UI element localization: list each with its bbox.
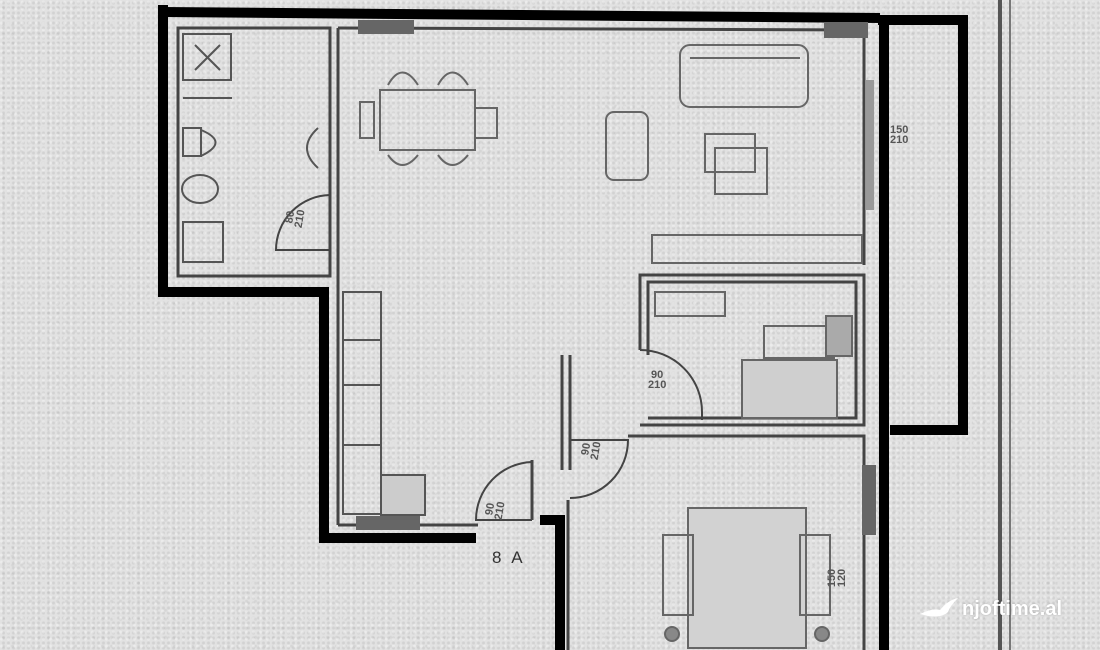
door-swings [276,195,702,520]
living-furniture [360,45,862,263]
building-edge [1000,0,1010,650]
watermark-text: njoftime.al [962,598,1062,621]
windows [356,20,876,535]
bathroom-door-label: 80 210 [284,207,307,229]
unit-label: 8 A [492,548,526,568]
bedroom-window-label: 150 120 [827,569,847,587]
entrance-door-label: 90 210 [484,499,507,521]
balcony-window-label: 150 210 [890,125,908,145]
bedroom-furniture [663,508,830,648]
watermark: njoftime.al [918,596,1062,622]
bird-logo-icon [918,596,960,622]
small-bedroom-furniture [655,292,852,418]
small-bedroom-door-label: 90 210 [648,370,666,390]
kitchen-counter [343,292,425,515]
floor-plan [0,0,1100,650]
bedroom-door-label: 90 210 [580,439,603,461]
